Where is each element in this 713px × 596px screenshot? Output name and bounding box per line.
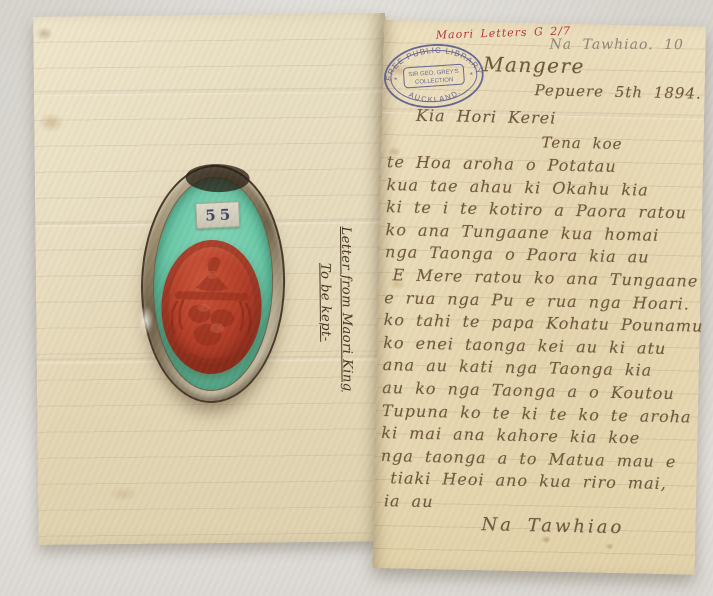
library-stamp: FREE PUBLIC LIBRARY AUCKLAND. SIR GEO. G…	[381, 40, 487, 113]
seal-label: 55	[195, 201, 240, 229]
wax-seal-crest	[160, 239, 263, 375]
letter-line: ko ana Tungaane kua homai	[385, 220, 659, 245]
wax-seal	[160, 239, 263, 375]
letter-left-page: 55	[33, 13, 391, 545]
stain-spot	[541, 535, 551, 543]
letter-salutation: Kia Hori Kerei	[416, 106, 557, 128]
letter-line: Tupuna ko te ki te ko te aroha	[382, 401, 692, 426]
stamp-box-line2: COLLECTION	[415, 77, 454, 86]
seal-felt-lining: 55	[150, 176, 275, 393]
letter-line: au ko nga Taonga a o Koutou	[382, 378, 675, 403]
letter-line: ki te i te kotiro a Paora ratou	[386, 197, 687, 222]
stamp-star-left: *	[394, 76, 398, 85]
pencil-annotation: Na Tawhiao. 10	[550, 37, 684, 53]
letter-greeting: Tena koe	[541, 133, 622, 153]
letter-line: E Mere ratou ko ana Tungaane	[392, 265, 698, 290]
letter-line: ana au kati nga Taonga kia	[383, 355, 653, 380]
vertical-note-keep: To be kept-	[317, 247, 333, 357]
letter-line: nga Taonga o Paora kia au	[385, 242, 650, 267]
letter-place: Mangere	[483, 52, 585, 78]
letter-date: Pepuere 5th 1894.	[534, 81, 702, 102]
letter-signature: Na Tawhiao	[481, 514, 624, 538]
stain-spot	[605, 543, 614, 550]
letter-line: ko tahi te papa Kohatu Pounamu	[384, 310, 704, 336]
letter-line: tiaki Heoi ano kua riro mai,	[390, 468, 667, 493]
letter-right-page: Maori Letters G 2/7 Na Tawhiao. 10 FREE …	[373, 20, 706, 575]
seal-case: 55	[138, 163, 288, 404]
photograph-background: 55	[0, 0, 713, 596]
letter-line: te Hoa aroha o Potatau	[387, 152, 617, 176]
stain-spot	[108, 486, 138, 502]
letter-line: ki mai ana kahore kia koe	[381, 423, 640, 447]
stain-spot	[35, 27, 53, 41]
letter-line: nga taonga a to Matua mau e	[381, 446, 677, 471]
crease-line	[34, 87, 386, 97]
stamp-star-right: *	[470, 70, 474, 79]
case-rim-highlight	[138, 305, 155, 335]
vertical-note-origin: Letter from Maori King	[338, 219, 355, 399]
stain-spot	[38, 113, 64, 133]
letter-line: ia au	[384, 491, 434, 511]
letter-line: e rua nga Pu e rua nga Hoari.	[384, 288, 690, 313]
letter-line: ko enei taonga kei au ki atu	[383, 333, 666, 358]
letter-line: kua tae ahau ki Okahu kia	[386, 175, 649, 199]
